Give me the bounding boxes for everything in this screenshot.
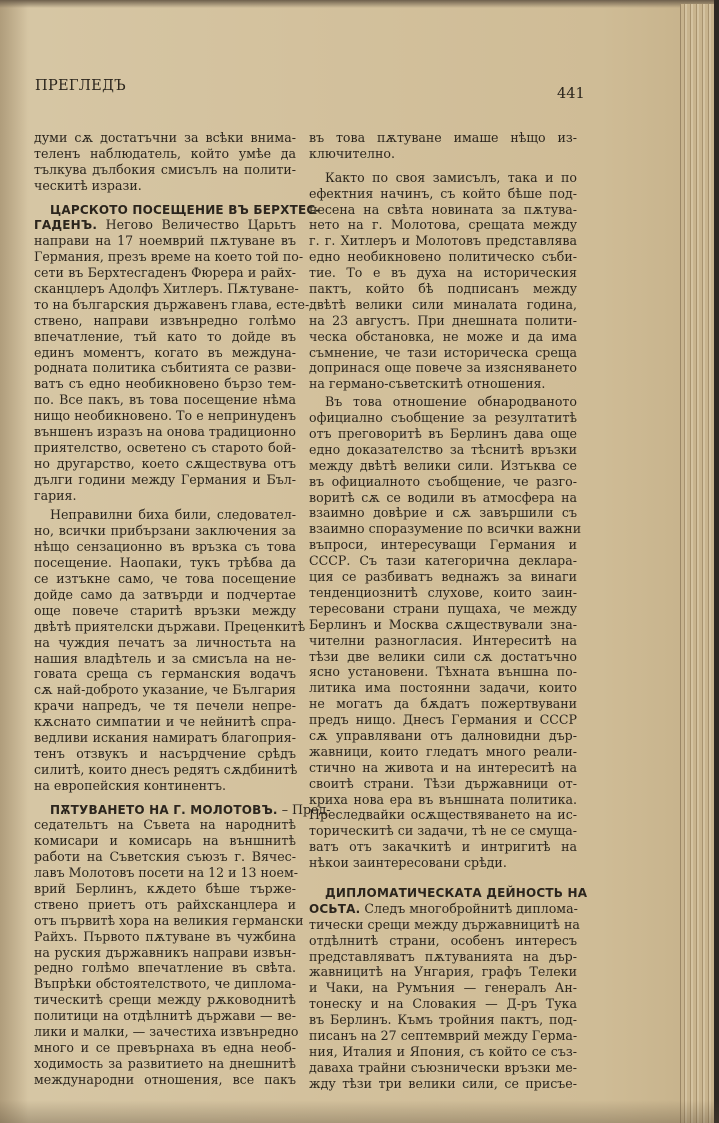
text-line: литика има постоянни задачи, които	[309, 680, 577, 696]
book-page: ПРЕГЛЕДЪ 441 думи сѫ достатъчни за всѣки…	[0, 0, 719, 1123]
text-line: взаимно споразумение по всички важни	[309, 521, 577, 537]
text-line: ватъ съ едно необикновено бързо тем-	[34, 376, 296, 392]
text-line: впечатление, тъй като то дойде въ	[34, 329, 296, 345]
text-line: чителни разногласия. Интереситѣ на	[309, 633, 577, 649]
text-line: Райхъ. Първото пѫтуване въ чужбина	[34, 929, 296, 945]
right-column: въ това пѫтуване имаше нѣщо из- ключител…	[309, 130, 577, 1092]
text-line: отдѣлнитѣ страни, особенъ интересъ	[309, 933, 577, 949]
text-line: ция се разбиватъ веднажъ за винаги	[309, 569, 577, 585]
text-line: силитѣ, които днесъ редятъ сѫдбинитѣ	[34, 762, 296, 778]
text-line: сети въ Берхтесгаденъ Фюрера и райх-	[34, 265, 296, 281]
text-line: ключително.	[309, 146, 577, 162]
text-line: въ това пѫтуване имаше нѣщо из-	[309, 130, 577, 146]
text-line: работи на Съветския съюзъ г. Вячес-	[34, 849, 296, 865]
text-line: кѫснато симпатии и че нейнитѣ спра-	[34, 714, 296, 730]
text-line: Неправилни биха били, следовател-	[34, 507, 296, 523]
text-line: криха нова ера въ външната политика.	[309, 792, 577, 808]
text-line: ствено приетъ отъ райхсканцлера и	[34, 897, 296, 913]
text-line: своитѣ страни. Тѣзи държавници от-	[309, 776, 577, 792]
text-line: не могатъ да бѫдатъ пожертвувани	[309, 696, 577, 712]
text-line: отъ преговоритѣ въ Берлинъ дава още	[309, 426, 577, 442]
text-line: думи сѫ достатъчни за всѣки внима-	[34, 130, 296, 146]
text-fragment: Следъ многобройнитѣ диплома-	[360, 901, 577, 916]
binding-shadow	[0, 0, 28, 1123]
text-line: нашия владѣтель и за смисъла на не-	[34, 651, 296, 667]
text-line: се изтъкне само, че това посещение	[34, 571, 296, 587]
text-line: предъ нищо. Днесъ Германия и СССР	[309, 712, 577, 728]
text-line: жавницитѣ на Унгария, графъ Телеки	[309, 964, 577, 980]
text-line: въ официалното съобщение, че разго-	[309, 474, 577, 490]
text-line: политици на отдѣлнитѣ държави — ве-	[34, 1008, 296, 1024]
text-line: тически срещи между държавницитѣ на	[309, 917, 577, 933]
text-line: на европейския континентъ.	[34, 778, 296, 794]
text-line: тенденциознитѣ слухове, които заин-	[309, 585, 577, 601]
text-line: г. г. Хитлеръ и Молотовъ представлява	[309, 233, 577, 249]
text-line: единъ моментъ, когато въ междуна-	[34, 345, 296, 361]
text-line: Преследвайки осѫществяването на ис-	[309, 807, 577, 823]
text-line: по. Все пакъ, въ това посещение нѣма	[34, 392, 296, 408]
text-line: ватъ отъ закачкитѣ и интригитѣ на	[309, 839, 577, 855]
text-line: международни отношения, все пакъ	[34, 1072, 296, 1088]
text-line: сканцлеръ Адолфъ Хитлеръ. Пѫтуване-	[34, 281, 296, 297]
text-fragment: Негово Величество Царьтъ	[97, 217, 296, 232]
paragraph: Както по своя замисълъ, така и по ефектн…	[309, 170, 577, 392]
text-line: на 23 августъ. При днешната полити-	[309, 313, 577, 329]
text-line: жавници, които гледатъ много реали-	[309, 744, 577, 760]
text-line: лики и малки, — зачестиха извънредно	[34, 1024, 296, 1040]
text-line: торическитѣ си задачи, тѣ не се смуща-	[309, 823, 577, 839]
text-line: даваха трайни съюзнически връзки ме-	[309, 1060, 577, 1076]
text-line: Германия, презъ време на което той по-	[34, 249, 296, 265]
paragraph: въ това пѫтуване имаше нѣщо из- ключител…	[309, 130, 577, 162]
running-title: ПРЕГЛЕДЪ	[35, 78, 126, 94]
text-line: на германо-съветскитѣ отношения.	[309, 376, 577, 392]
text-line: Въпрѣки обстоятелството, че диплома-	[34, 976, 296, 992]
section-tsar-visit: ЦАРСКОТО ПОСЕЩЕНИЕ ВЪ БЕРХТЕС- ГАДЕНЪ. Н…	[34, 202, 296, 504]
text-line: стично на живота и на интереситѣ на	[309, 760, 577, 776]
section-molotov-trip: ПѪТУВАНЕТО НА Г. МОЛОТОВЪ. – Пред- седат…	[34, 802, 296, 1088]
text-line: отъ първитѣ хора на великия германски	[34, 913, 296, 929]
page-number: 441	[557, 86, 585, 102]
text-line: гария.	[34, 488, 296, 504]
text-line: нѣкои заинтересовани срѣди.	[309, 855, 577, 871]
text-line: ческа обстановка, не може и да има	[309, 329, 577, 345]
text-line: тълкува дълбокия смисълъ на полити-	[34, 162, 296, 178]
text-line: тересовани страни пущаха, че между	[309, 601, 577, 617]
text-line: на чуждия печатъ за личностьта на	[34, 635, 296, 651]
text-line: съмнение, че тази историческа среща	[309, 345, 577, 361]
text-line: взаимно довѣрие и сѫ завършили съ	[309, 505, 577, 521]
text-line: ходимость за развитието на днешнитѣ	[34, 1056, 296, 1072]
text-line: несена на свѣта новината за пѫтува-	[309, 202, 577, 218]
text-line: ефектния начинъ, съ който бѣше под-	[309, 186, 577, 202]
text-line: теленъ наблюдатель, който умѣе да	[34, 146, 296, 162]
text-line: Въ това отношение обнародваното	[309, 394, 577, 410]
heading-text: ГАДЕНЪ.	[34, 218, 97, 232]
text-line: лавъ Молотовъ посети на 12 и 13 ноем-	[34, 865, 296, 881]
text-line: официално съобщение за резултатитѣ	[309, 410, 577, 426]
text-line: тѣзи две велики сили сѫ достатъчно	[309, 649, 577, 665]
text-line: Берлинъ и Москва сѫществували зна-	[309, 617, 577, 633]
heading-text: ПѪТУВАНЕТО НА Г. МОЛОТОВЪ.	[50, 803, 278, 817]
page-bottom-shadow	[0, 1100, 719, 1123]
text-line: едно необикновено политическо съби-	[309, 249, 577, 265]
text-line: писанъ на 27 септемврий между Герма-	[309, 1028, 577, 1044]
text-line: допринася още повече за изясняването	[309, 360, 577, 376]
text-line: воритѣ сѫ се водили въ атмосфера на	[309, 490, 577, 506]
text-line: двѣтѣ приятелски държави. Преценкитѣ	[34, 619, 296, 635]
text-line: представляватъ пѫтуванията на дър-	[309, 949, 577, 965]
text-line: говата среща съ германския водачъ	[34, 666, 296, 682]
page-stack-edge	[680, 4, 717, 1123]
text-line: тонеску и на Словакия — Д-ръ Тука	[309, 996, 577, 1012]
text-line: СССР. Съ тази категорична деклара-	[309, 553, 577, 569]
text-line: приятелство, осветено съ старото бой-	[34, 440, 296, 456]
text-line: нищо необикновено. То е непринуденъ	[34, 408, 296, 424]
text-line: въпроси, интересуващи Германия и	[309, 537, 577, 553]
text-line: нето на г. Молотова, срещата между	[309, 217, 577, 233]
text-line: но, всички прибързани заключения за	[34, 523, 296, 539]
text-line: ведливи искания намиратъ благоприя-	[34, 730, 296, 746]
text-line: посещение. Наопаки, тукъ трѣбва да	[34, 555, 296, 571]
text-line: направи на 17 ноемврий пѫтуване въ	[34, 233, 296, 249]
text-line: ясно установени. Тѣхната външна по-	[309, 664, 577, 680]
text-line: много и се превърнаха въ една необ-	[34, 1040, 296, 1056]
section-heading: ЦАРСКОТО ПОСЕЩЕНИЕ ВЪ БЕРХТЕС-	[34, 202, 296, 218]
text-line: тие. То е въ духа на историческия	[309, 265, 577, 281]
text-line: на руския държавникъ направи извън-	[34, 945, 296, 961]
text-line: още повече старитѣ връзки между	[34, 603, 296, 619]
heading-text: ОСЬТА.	[309, 902, 360, 916]
text-line: редно голѣмо впечатление въ свѣта.	[34, 960, 296, 976]
paragraph: думи сѫ достатъчни за всѣки внима- телен…	[34, 130, 296, 194]
text-line: едно доказателство за тѣснитѣ връзки	[309, 442, 577, 458]
text-line: ПѪТУВАНЕТО НА Г. МОЛОТОВЪ. – Пред-	[34, 802, 296, 818]
text-line: ОСЬТА. Следъ многобройнитѣ диплома-	[309, 901, 577, 917]
text-line: ния, Италия и Япония, съ който се съз-	[309, 1044, 577, 1060]
text-line: то на българския държавенъ глава, есте-	[34, 297, 296, 313]
text-line: двѣтѣ велики сили миналата година,	[309, 297, 577, 313]
text-line: но другарство, което сѫществува отъ	[34, 456, 296, 472]
text-line: седательтъ на Съвета на народнитѣ	[34, 817, 296, 833]
paragraph: Въ това отношение обнародваното официалн…	[309, 394, 577, 871]
text-line: въ Берлинъ. Къмъ тройния пактъ, под-	[309, 1012, 577, 1028]
text-line: между двѣтѣ велики сили. Изтъква се	[309, 458, 577, 474]
text-line: врий Берлинъ, кѫдето бѣше тържe-	[34, 881, 296, 897]
text-line: Както по своя замисълъ, така и по	[309, 170, 577, 186]
text-line: родната политика събитията се разви-	[34, 360, 296, 376]
text-line: тенъ отзвукъ и насърдчение срѣдъ	[34, 746, 296, 762]
section-axis-diplomacy: ДИПЛОМАТИЧЕСКАТА ДЕЙНОСТЬ НА ОСЬТА. След…	[309, 885, 577, 1092]
text-line: дълги години между Германия и Бъл-	[34, 472, 296, 488]
book-right-edge	[714, 0, 719, 1123]
text-line: жду тѣзи три велики сили, се присъе-	[309, 1076, 577, 1092]
text-line: тическитѣ срещи между рѫководнитѣ	[34, 992, 296, 1008]
text-line: крачи напредъ, че тя печели непре-	[34, 698, 296, 714]
heading-text: ДИПЛОМАТИЧЕСКАТА ДЕЙНОСТЬ НА	[325, 886, 587, 900]
text-line: ствено, направи извънредно голѣмо	[34, 313, 296, 329]
text-line: сѫ управлявани отъ далновидни дър-	[309, 728, 577, 744]
text-line: дойде само да затвърди и подчертае	[34, 587, 296, 603]
section-heading: ДИПЛОМАТИЧЕСКАТА ДЕЙНОСТЬ НА	[309, 885, 577, 901]
heading-text: ЦАРСКОТО ПОСЕЩЕНИЕ ВЪ БЕРХТЕС-	[50, 203, 321, 217]
left-column: думи сѫ достатъчни за всѣки внима- телен…	[34, 130, 296, 1088]
text-line: комисари и комисарь на външнитѣ	[34, 833, 296, 849]
text-line: ГАДЕНЪ. Негово Величество Царьтъ	[34, 217, 296, 233]
text-line: външенъ изразъ на онова традиционно	[34, 424, 296, 440]
text-line: нѣщо сензационно въ връзка съ това	[34, 539, 296, 555]
text-line: ческитѣ изрази.	[34, 178, 296, 194]
page-top-edge	[0, 0, 719, 8]
text-line: пактъ, който бѣ подписанъ между	[309, 281, 577, 297]
text-line: и Чаки, на Румъния — генералъ Ан-	[309, 980, 577, 996]
paragraph: Неправилни биха били, следовател- но, вс…	[34, 507, 296, 793]
text-line: сѫ най-доброто указание, че България	[34, 682, 296, 698]
